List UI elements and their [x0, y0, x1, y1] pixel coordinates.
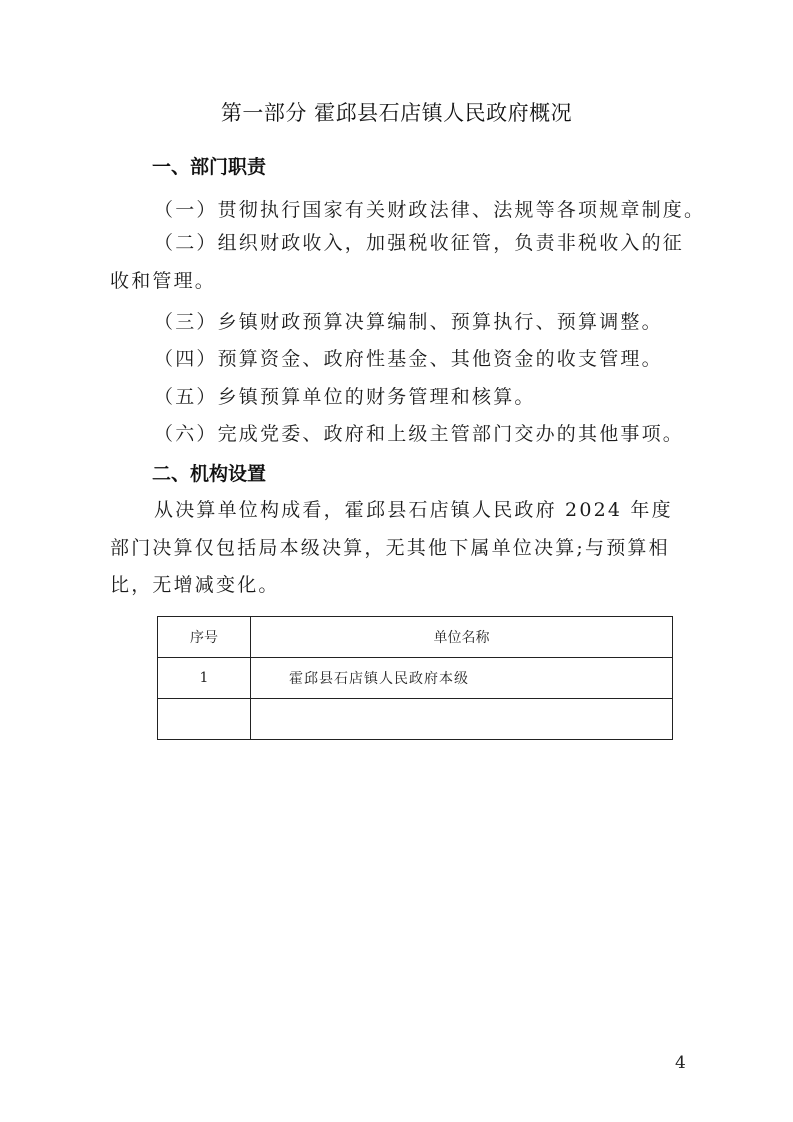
- section-heading-organization: 二、机构设置: [152, 459, 266, 486]
- page-title: 第一部分 霍邱县石店镇人民政府概况: [0, 97, 793, 127]
- header-serial-number: 序号: [158, 617, 251, 658]
- cell-serial-number: [158, 699, 251, 740]
- units-table: 序号 单位名称 1 霍邱县石店镇人民政府本级: [157, 616, 673, 740]
- table-row: [158, 699, 673, 740]
- header-unit-name: 单位名称: [251, 617, 673, 658]
- responsibility-item-1: （一）贯彻执行国家有关财政法律、法规等各项规章制度。: [154, 195, 705, 222]
- responsibility-item-5: （五）乡镇预算单位的财务管理和核算。: [154, 382, 536, 409]
- page-number: 4: [675, 1053, 686, 1073]
- organization-paragraph: 从决算单位构成看，霍邱县石店镇人民政府 2024 年度部门决算仅包括局本级决算，…: [110, 492, 690, 605]
- cell-unit-name: 霍邱县石店镇人民政府本级: [251, 658, 673, 699]
- responsibility-item-3: （三）乡镇财政预算决算编制、预算执行、预算调整。: [154, 307, 663, 334]
- responsibility-item-6: （六）完成党委、政府和上级主管部门交办的其他事项。: [154, 419, 684, 446]
- responsibility-item-4: （四）预算资金、政府性基金、其他资金的收支管理。: [154, 344, 663, 371]
- table-row: 1 霍邱县石店镇人民政府本级: [158, 658, 673, 699]
- section-heading-responsibilities: 一、部门职责: [152, 152, 266, 179]
- cell-serial-number: 1: [158, 658, 251, 699]
- table-header-row: 序号 单位名称: [158, 617, 673, 658]
- responsibility-item-2: （二）组织财政收入，加强税收征管，负责非税收入的征收和管理。: [110, 225, 690, 300]
- cell-unit-name: [251, 699, 673, 740]
